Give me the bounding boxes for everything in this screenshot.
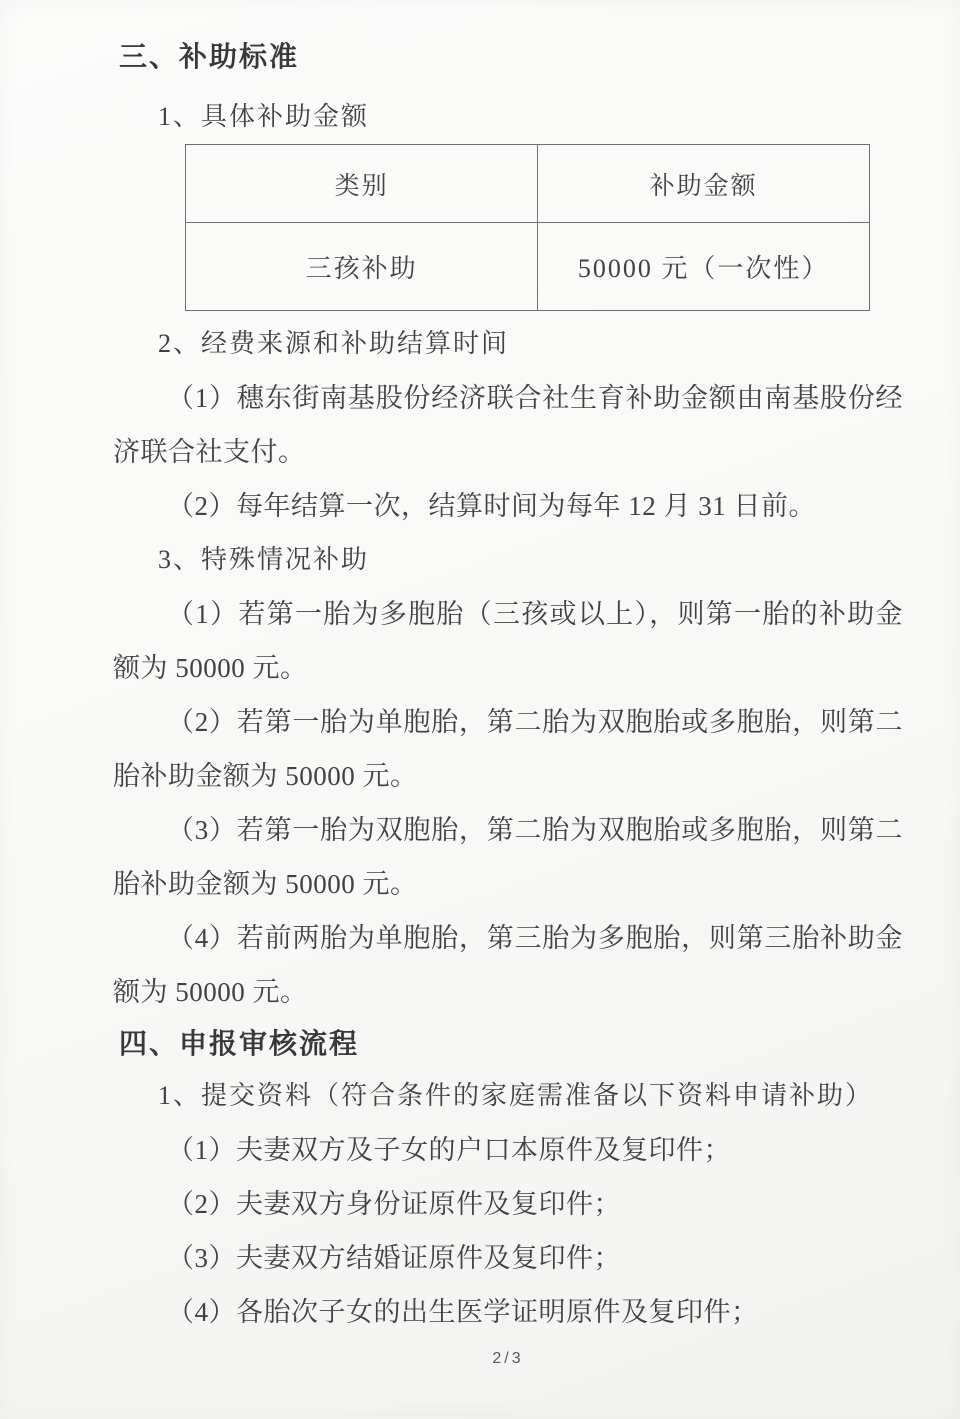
table-cell-amount: 50000 元（一次性） <box>538 223 870 311</box>
paragraph-material-2: （2）夫妻双方身份证原件及复印件； <box>113 1177 903 1231</box>
section-heading-subsidy-standard: 三、补助标准 <box>113 32 903 82</box>
table-header-row: 类别 补助金额 <box>186 145 870 223</box>
scanned-document-page: 三、补助标准 1、具体补助金额 类别 补助金额 三孩补助 50000 元（一次性… <box>0 0 960 1419</box>
table-header-category: 类别 <box>186 145 538 223</box>
page-number: 2/3 <box>113 1350 903 1368</box>
paragraph-special-4: （4）若前两胎为单胞胎，第三胎为多胞胎，则第三胎补助金额为 50000 元。 <box>113 911 903 1019</box>
paragraph-material-4: （4）各胎次子女的出生医学证明原件及复印件； <box>113 1285 903 1339</box>
subsection-title-funding-source: 2、经费来源和补助结算时间 <box>113 317 903 371</box>
paragraph-material-3: （3）夫妻双方结婚证原件及复印件； <box>113 1231 903 1285</box>
paragraph-funding-2: （2）每年结算一次，结算时间为每年 12 月 31 日前。 <box>113 479 903 533</box>
table-header-amount: 补助金额 <box>538 145 870 223</box>
paragraph-funding-1: （1）穗东街南基股份经济联合社生育补助金额由南基股份经济联合社支付。 <box>113 371 903 479</box>
subsection-title-special-cases: 3、特殊情况补助 <box>113 533 903 587</box>
section-heading-application-process: 四、申报审核流程 <box>113 1019 903 1069</box>
subsidy-amount-table: 类别 补助金额 三孩补助 50000 元（一次性） <box>185 144 870 311</box>
subsection-title-submit-materials: 1、提交资料（符合条件的家庭需准备以下资料申请补助） <box>113 1069 903 1123</box>
table-row: 三孩补助 50000 元（一次性） <box>186 223 870 311</box>
paragraph-material-1: （1）夫妻双方及子女的户口本原件及复印件； <box>113 1123 903 1177</box>
subsection-title-specific-amount: 1、具体补助金额 <box>113 90 903 144</box>
paragraph-special-2: （2）若第一胎为单胞胎，第二胎为双胞胎或多胞胎，则第二胎补助金额为 50000 … <box>113 695 903 803</box>
paragraph-special-1: （1）若第一胎为多胞胎（三孩或以上），则第一胎的补助金额为 50000 元。 <box>113 587 903 695</box>
table-cell-category: 三孩补助 <box>186 223 538 311</box>
paragraph-special-3: （3）若第一胎为双胞胎，第二胎为双胞胎或多胞胎，则第二胎补助金额为 50000 … <box>113 803 903 911</box>
